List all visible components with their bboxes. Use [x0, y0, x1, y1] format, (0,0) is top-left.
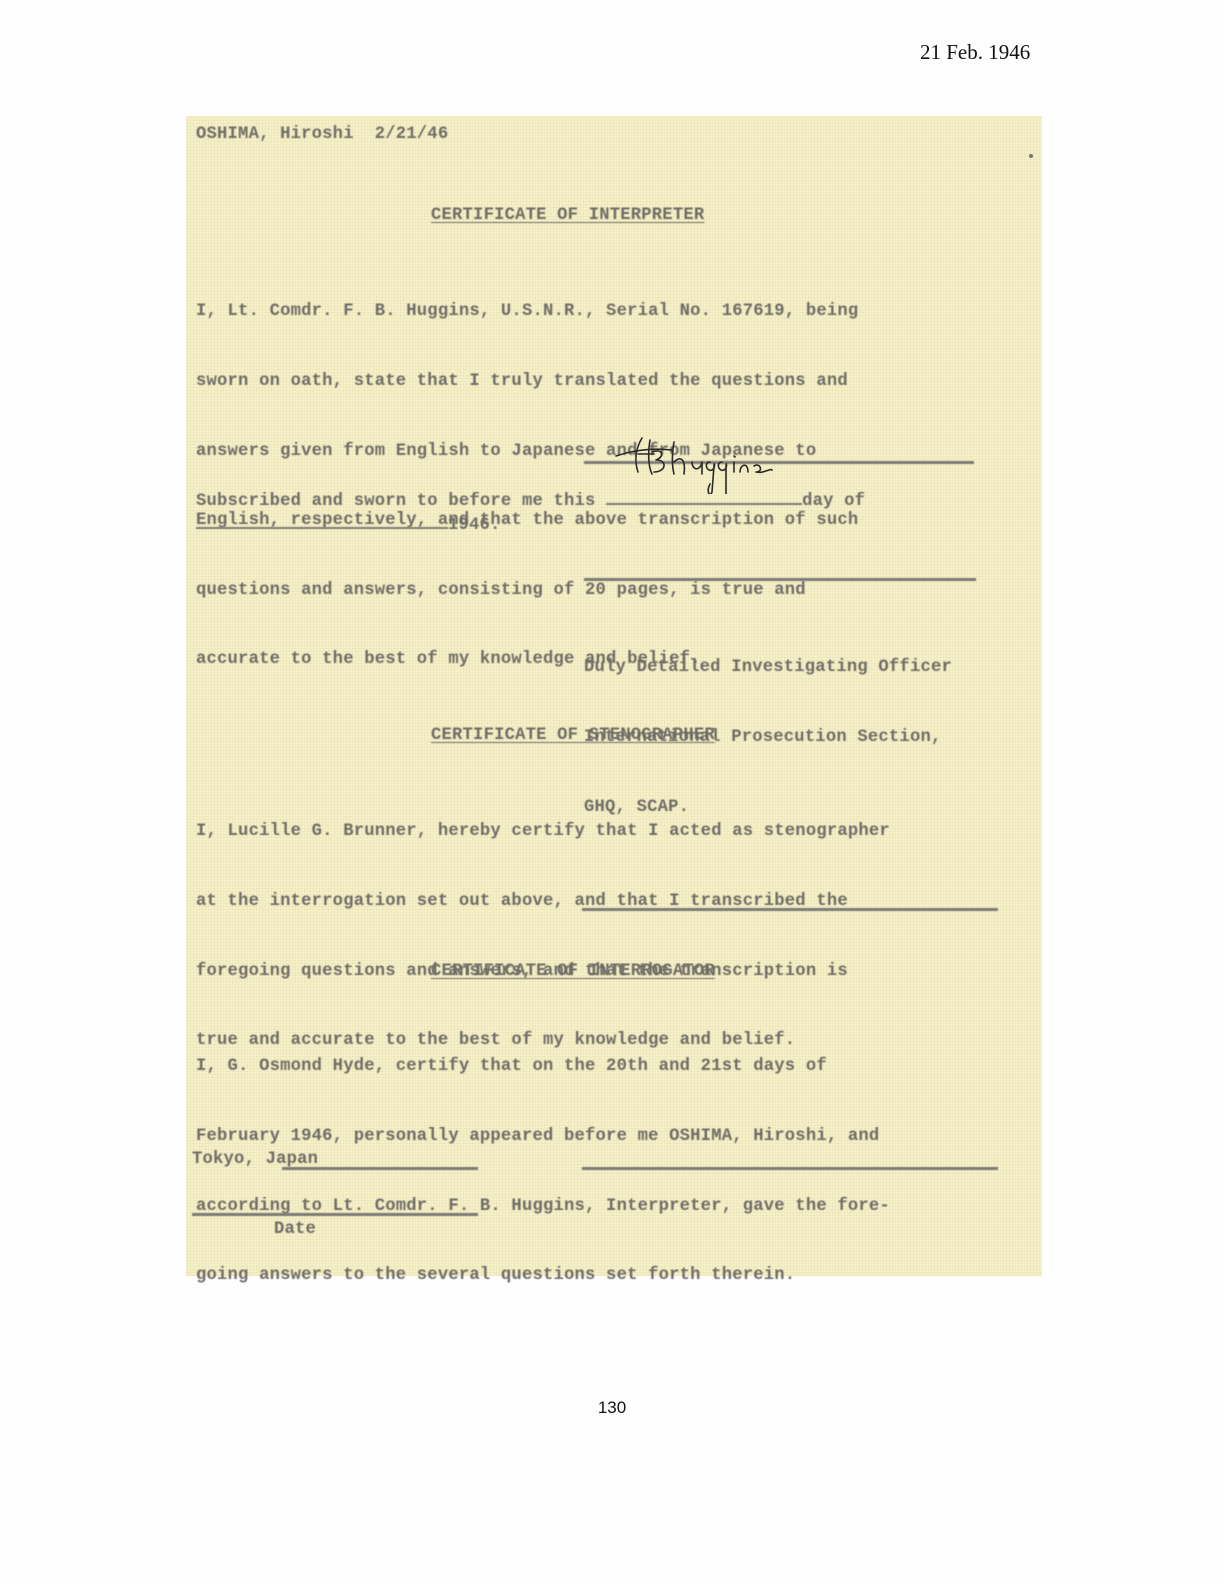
sworn-suffix: day of: [802, 492, 865, 511]
interpreter-line: questions and answers, consisting of 20 …: [196, 579, 858, 602]
scanned-document: OSHIMA, Hiroshi 2/21/46 CERTIFICATE OF I…: [186, 116, 1042, 1276]
day-blank: [606, 503, 802, 505]
officer-line: Duly Detailed Investigating Officer: [584, 656, 952, 679]
document-top-label: OSHIMA, Hiroshi 2/21/46: [196, 125, 448, 144]
interrogator-line: going answers to the several questions s…: [196, 1264, 890, 1287]
interpreter-line: I, Lt. Comdr. F. B. Huggins, U.S.N.R., S…: [196, 300, 858, 323]
sworn-statement-line1: Subscribed and sworn to before me this d…: [196, 492, 865, 511]
officer-signature-line: [584, 578, 976, 581]
interrogator-line: I, G. Osmond Hyde, certify that on the 2…: [196, 1055, 890, 1078]
sworn-statement-line2: 1946.: [196, 516, 501, 535]
sworn-prefix: Subscribed and sworn to before me this: [196, 492, 596, 511]
handwritten-signature: [614, 432, 824, 494]
header-date: 21 Feb. 1946: [920, 40, 1030, 65]
interpreter-line: sworn on oath, state that I truly transl…: [196, 370, 858, 393]
scan-speck: [1029, 154, 1033, 158]
stenographer-certificate-heading: CERTIFICATE OF STENOGRAPHER: [431, 726, 715, 745]
interpreter-certificate-heading: CERTIFICATE OF INTERPRETER: [431, 206, 704, 225]
stenographer-signature-line: [582, 908, 998, 911]
place-line: [282, 1167, 478, 1170]
page-number: 130: [0, 1398, 1224, 1418]
interrogator-line: February 1946, personally appeared befor…: [196, 1125, 890, 1148]
year-text: 1946.: [448, 516, 501, 535]
interrogator-certificate-heading: CERTIFICATE OF INTERROGATOR: [431, 962, 715, 981]
interrogator-signature-line: [582, 1167, 998, 1170]
month-blank: [196, 527, 448, 529]
stenographer-line: I, Lucille G. Brunner, hereby certify th…: [196, 820, 890, 843]
date-label: Date: [274, 1220, 316, 1239]
interrogator-certificate-body: I, G. Osmond Hyde, certify that on the 2…: [196, 1009, 890, 1334]
date-line: [192, 1213, 478, 1216]
